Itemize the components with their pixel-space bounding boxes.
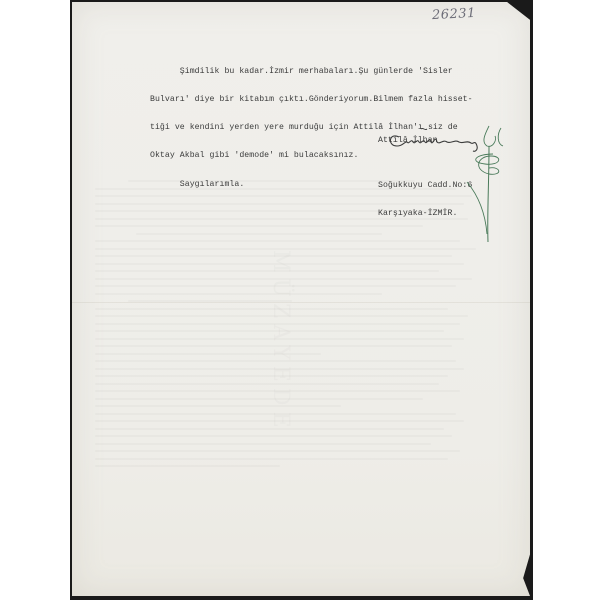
letter-line: Bulvarı' diye bir kitabım çıktı.Gönderiy…	[150, 95, 473, 104]
archive-number: 26231	[432, 6, 477, 23]
watermark: MÜZAYEDE	[268, 250, 293, 434]
signature-green-stroke	[484, 126, 496, 146]
signature	[385, 124, 533, 244]
letter-line: Şimdilik bu kadar.İzmir merhabaları.Şu g…	[150, 67, 473, 76]
signature-dark-stroke	[390, 136, 477, 151]
